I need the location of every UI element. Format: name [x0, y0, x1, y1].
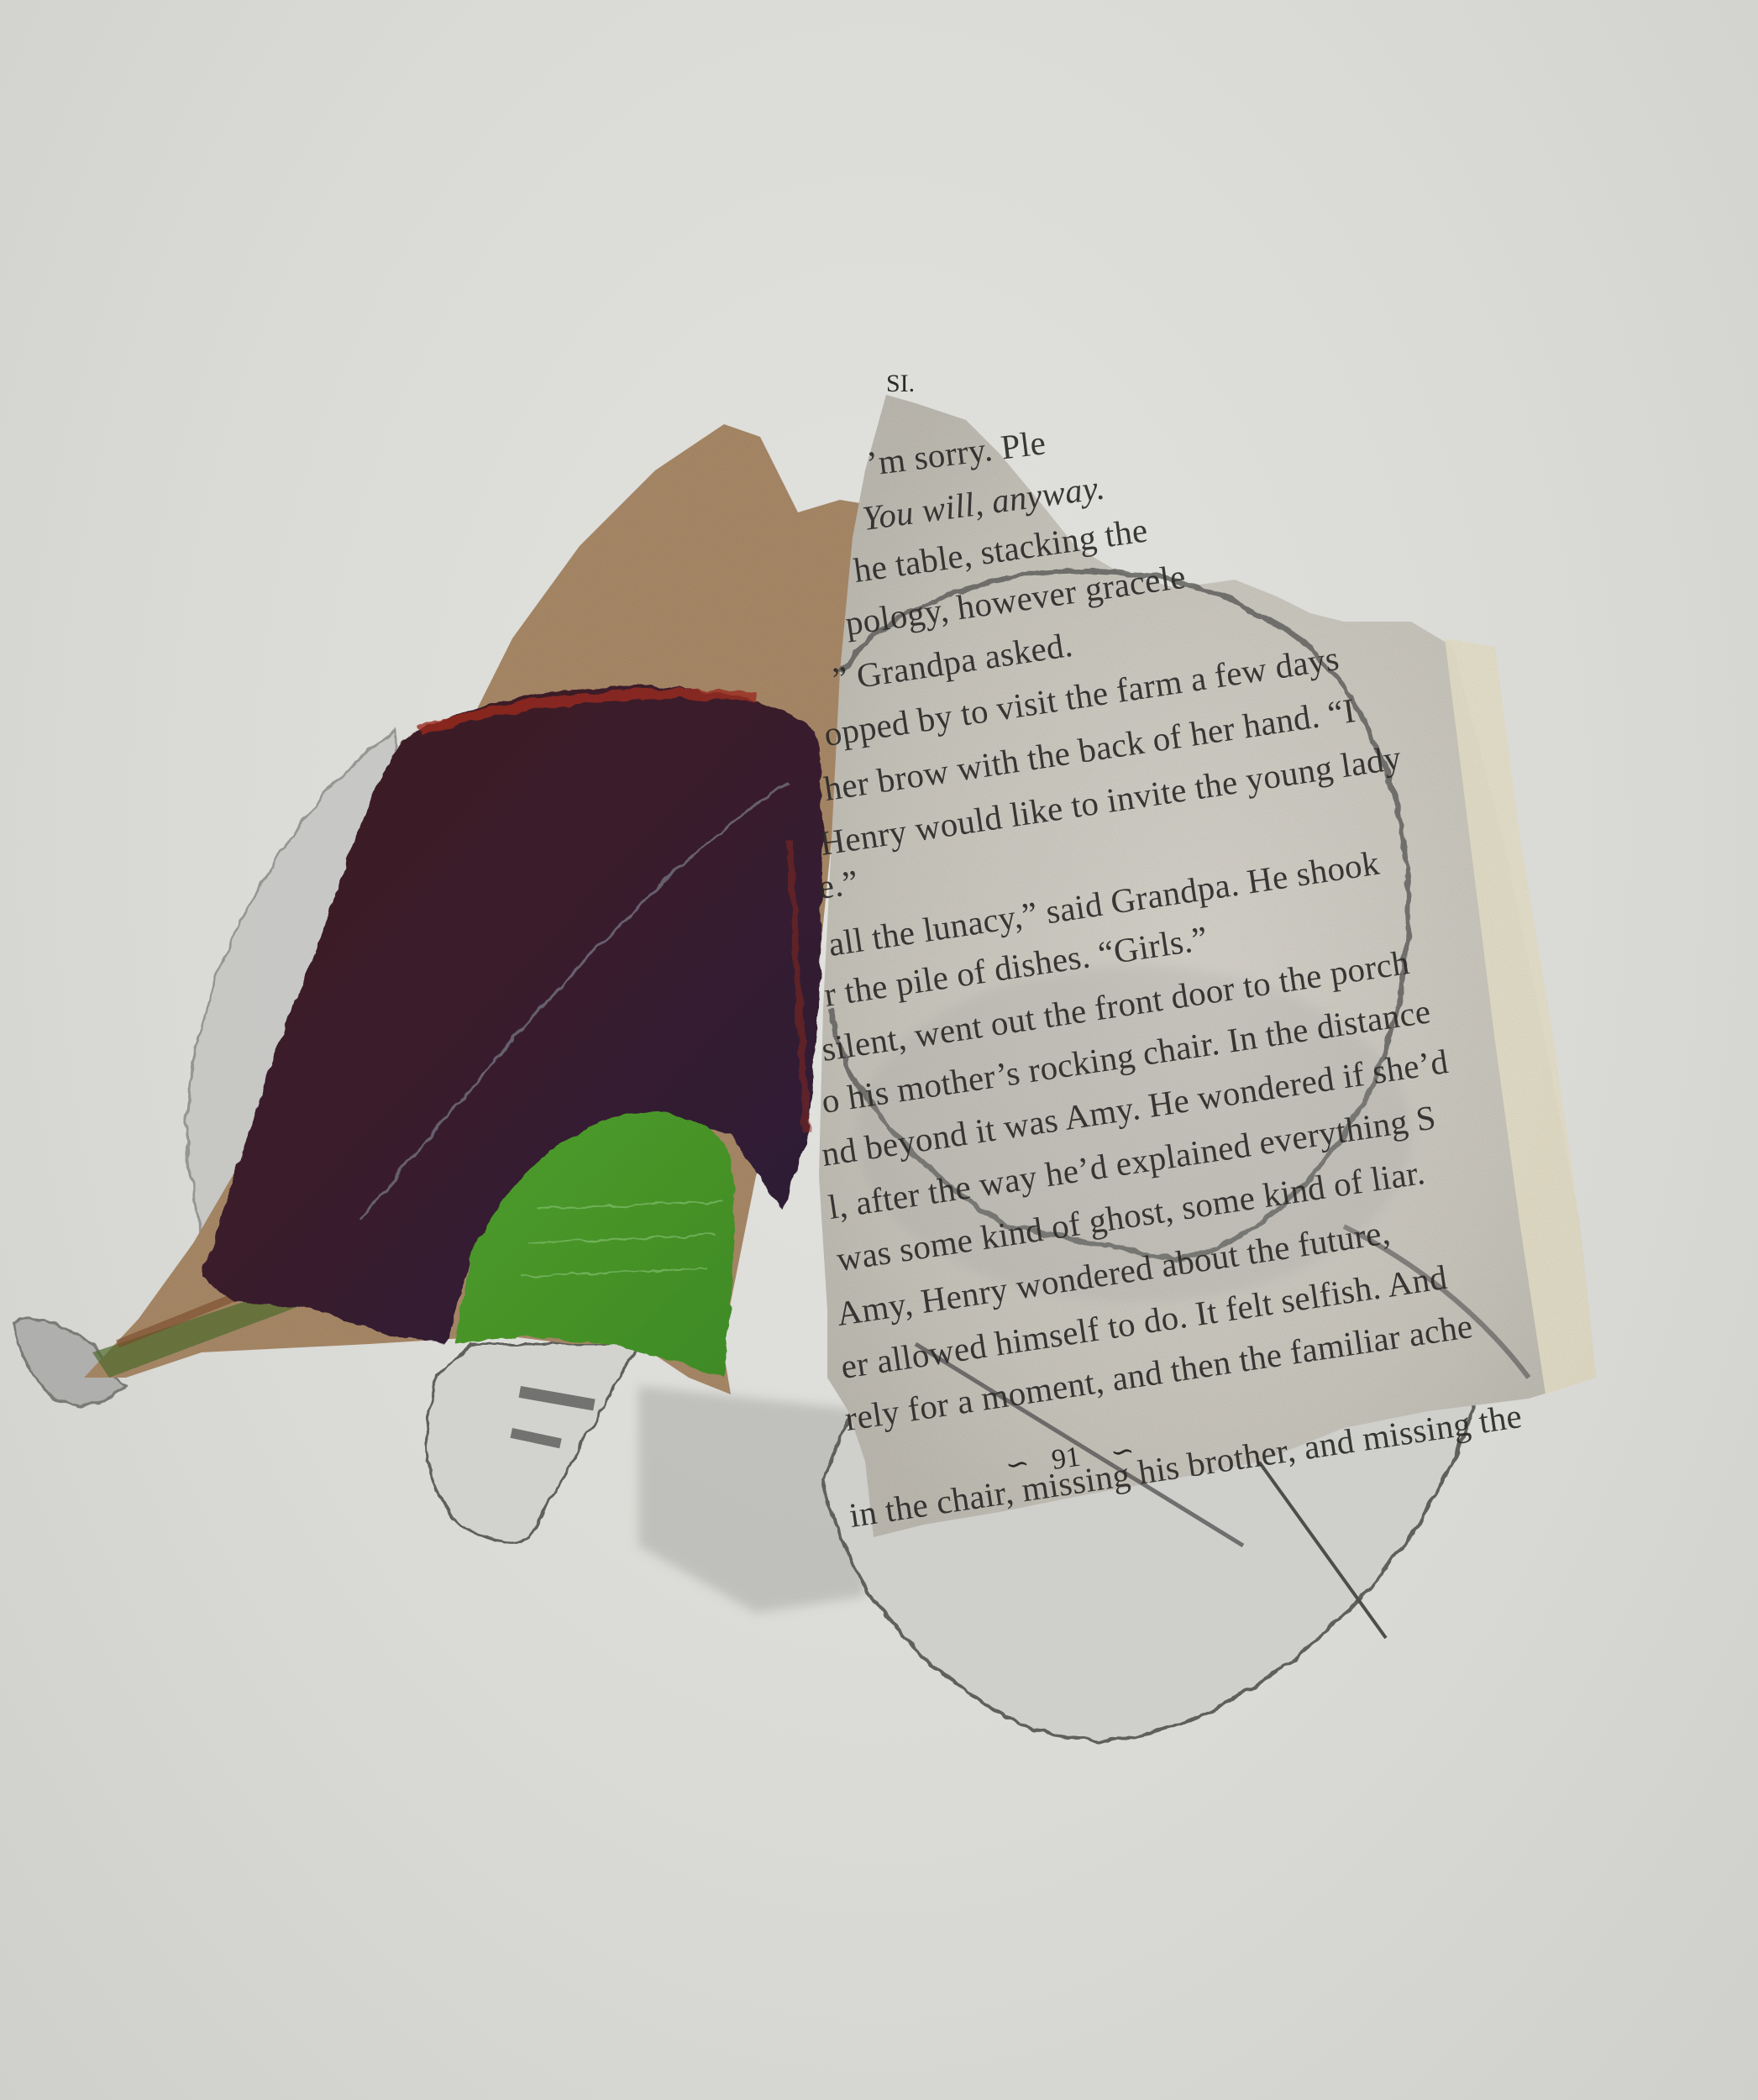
collage-artwork: [0, 0, 1758, 2100]
book-page-fragment: [819, 395, 1596, 1537]
pencil-bottom-shape: [428, 1344, 638, 1542]
collage-photo: SI. ’m sorry. Ple You will, anyway. he t…: [0, 0, 1758, 2100]
